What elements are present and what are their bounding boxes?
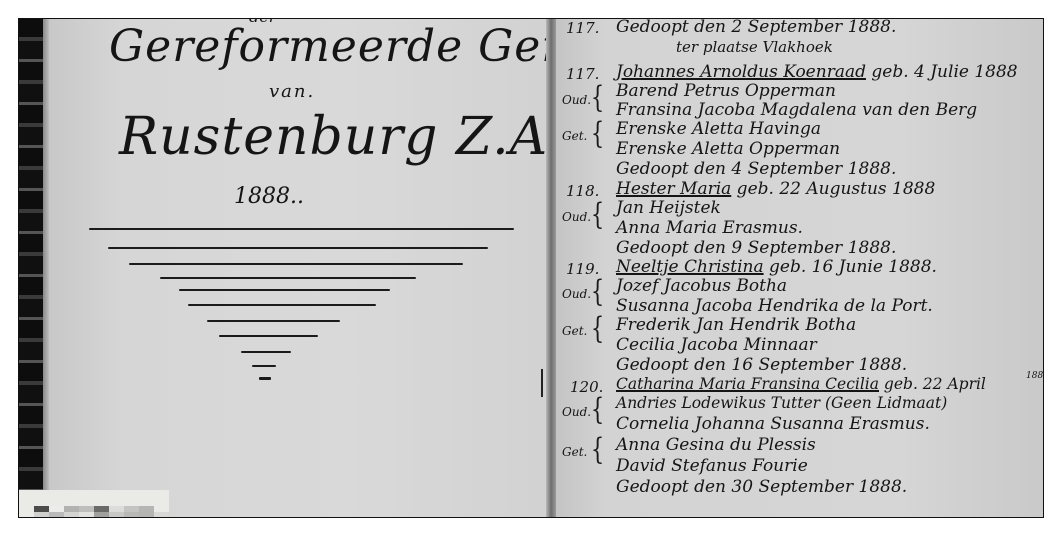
birth-date: geb. 22 Augustus 1888 [731,179,935,199]
entry-line: Hester Maria geb. 22 Augustus 1888 [616,179,935,199]
brace-icon: { [591,200,604,230]
watermark-pixel [64,512,79,518]
brace-icon: { [591,83,604,113]
decorative-rule [207,320,340,322]
entry-line: Frederik Jan Hendrik Botha [616,315,856,335]
title-van: van. [269,81,315,102]
child-name: Hester Maria [616,179,731,199]
brace-icon: { [591,395,604,425]
right-page-entries: 117. Gedoopt den 2 September 1888. ter p… [556,19,1044,517]
entry-line: Cornelia Johanna Susanna Erasmus. [616,414,930,434]
birth-date: geb. 16 Junie 1888. [764,257,937,277]
entry-line: Gedoopt den 9 September 1888. [616,238,896,258]
watermark-pixel [109,512,124,518]
decorative-rule [188,304,376,306]
entry-line: Fransina Jacoba Magdalena van den Berg [616,100,977,120]
title-year: 1888.. [234,184,304,209]
entry-line: Gedoopt den 2 September 1888. [616,18,896,37]
entry-line: Jozef Jacobus Botha [616,276,787,296]
entry-line: Catharina Maria Fransina Cecilia geb. 22… [616,375,986,393]
decorative-rule [89,228,514,230]
entry-line: Erenske Aletta Havinga [616,119,821,139]
parents-label: Oud. [562,210,591,224]
entry-line: Andries Lodewikus Tutter (Geen Lidmaat) [616,394,947,412]
watermark-pixel [94,512,109,518]
decorative-rule [129,263,463,265]
book-gutter [546,19,556,517]
birth-date: geb. 4 Julie 1888 [866,62,1018,82]
watermark-pixel [139,512,154,518]
entry-line: Anna Gesina du Plessis [616,435,816,455]
superscript-year: 1888 [1026,371,1044,381]
witnesses-label: Get. [562,129,587,143]
entry-line: Gedoopt den 4 September 1888. [616,159,896,179]
watermark-pixel [124,512,139,518]
entry-line: Susanna Jacoba Hendrika de la Port. [616,296,933,316]
parents-label: Oud. [562,405,591,419]
entry-line: Barend Petrus Opperman [616,81,836,101]
decorative-rule [241,351,291,353]
decorative-rule [219,335,318,337]
entry-line: Neeltje Christina geb. 16 Junie 1888. [616,257,937,277]
decorative-rule [108,247,488,249]
brace-icon: { [591,435,604,465]
child-name: Neeltje Christina [616,257,764,277]
entry-line: Anna Maria Erasmus. [616,218,803,238]
left-page-title: der Gereformeerde Gemeente van. Rustenbu… [49,19,546,517]
brace-icon: { [591,119,604,149]
scanned-register-image: der Gereformeerde Gemeente van. Rustenbu… [18,18,1044,518]
birth-date: geb. 22 April [879,375,986,393]
gutter-mark [541,369,543,397]
entry-line: ter plaatse Vlakhoek [676,38,833,56]
watermark-pixel [49,512,64,518]
decorative-rule [259,377,271,380]
book-binding [19,19,43,517]
watermark-pixel [154,512,169,518]
blurred-watermark [19,490,169,518]
parents-label: Oud. [562,287,591,301]
brace-icon: { [591,314,604,344]
witnesses-label: Get. [562,324,587,338]
decorative-rule [160,277,416,279]
entry-line: David Stefanus Fourie [616,456,808,476]
entry-line: Erenske Aletta Opperman [616,139,840,159]
child-name: Johannes Arnoldus Koenraad [616,62,866,82]
entry-line: Johannes Arnoldus Koenraad geb. 4 Julie … [616,62,1018,82]
decorative-rule [252,365,276,367]
watermark-pixel [34,512,49,518]
watermark-pixel [79,512,94,518]
child-name: Catharina Maria Fransina Cecilia [616,375,879,393]
entry-number: 117. [566,19,599,37]
parents-label: Oud. [562,93,591,107]
decorative-rule [179,289,390,291]
entry-line: Cecilia Jacoba Minnaar [616,335,817,355]
title-rustenburg: Rustenburg Z.A.R [119,107,606,167]
entry-line: Gedoopt den 30 September 1888. [616,477,907,497]
entry-line: Gedoopt den 16 September 1888. [616,355,907,375]
entry-line: Jan Heijstek [616,198,721,218]
brace-icon: { [591,277,604,307]
witnesses-label: Get. [562,445,587,459]
